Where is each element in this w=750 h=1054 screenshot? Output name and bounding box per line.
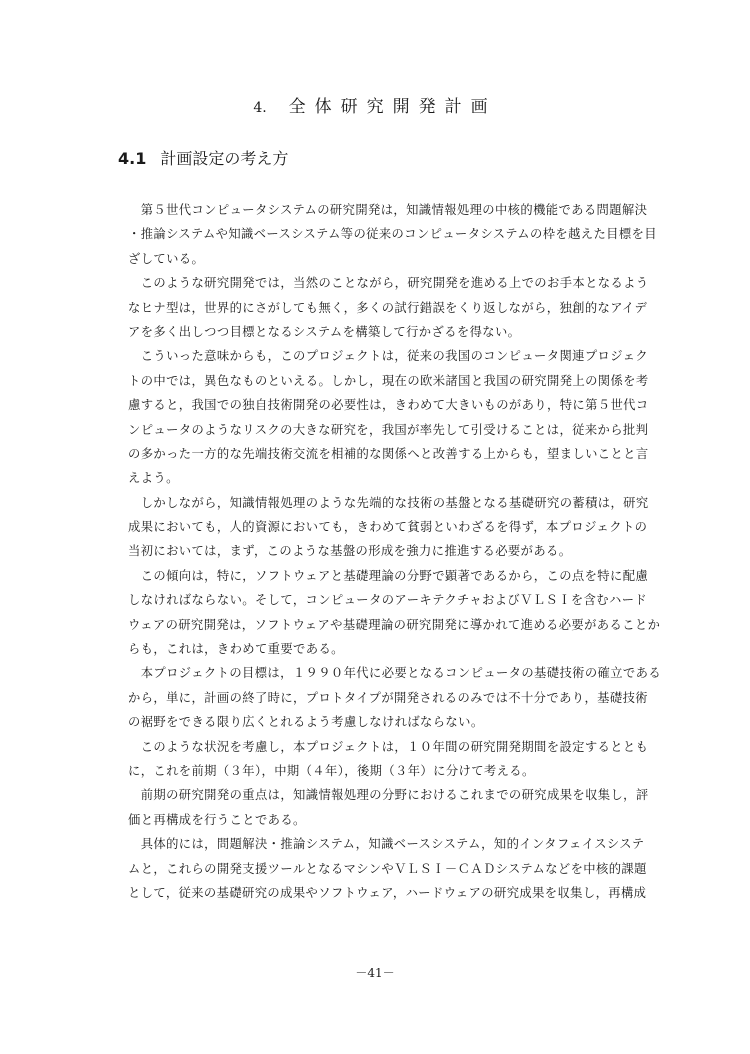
- text-line: えよう。: [128, 466, 718, 490]
- body-text: 第５世代コンピュータシステムの研究開発は，知識情報処理の中核的機能である問題解決…: [128, 198, 718, 905]
- text-line: ンピュータのようなリスクの大きな研究を，我国が率先して引受けることは，従来から批…: [128, 418, 718, 442]
- chapter-title-text: 全体研究開発計画: [289, 97, 497, 117]
- text-line: このような研究開発では，当然のことながら，研究開発を進める上でのお手本となるよう: [128, 271, 718, 295]
- text-line: しかしながら，知識情報処理のような先端的な技術の基盤となる基礎研究の蓄積は，研究: [128, 491, 718, 515]
- text-line: の裾野をできる限り広くとれるよう考慮しなければならない。: [128, 710, 718, 734]
- text-line: ・推論システムや知識ベースシステム等の従来のコンピュータシステムの枠を越えた目標…: [128, 222, 718, 246]
- text-line: 具体的には，問題解決・推論システム，知識ベースシステム，知的インタフェイスシステ: [128, 832, 718, 856]
- text-line: らも，これは，きわめて重要である。: [128, 637, 718, 661]
- document-page: 4.全体研究開発計画 4.1計画設定の考え方 第５世代コンピュータシステムの研究…: [0, 0, 750, 1054]
- text-line: しなければならない。そして，コンピュータのアーキテクチャおよびＶＬＳＩを含むハー…: [128, 588, 718, 612]
- text-line: 第５世代コンピュータシステムの研究開発は，知識情報処理の中核的機能である問題解決: [128, 198, 718, 222]
- section-title-text: 計画設定の考え方: [160, 149, 288, 168]
- text-line: アを多く出しつつ目標となるシステムを構築して行かざるを得ない。: [128, 320, 718, 344]
- text-line: こういった意味からも，このプロジェクトは，従来の我国のコンピュータ関連プロジェク: [128, 344, 718, 368]
- text-line: ウェアの研究開発は，ソフトウェアや基礎理論の研究開発に導かれて進める必要があるこ…: [128, 613, 718, 637]
- text-line: 慮すると，我国での独自技術開発の必要性は，きわめて大きいものがあり，特に第５世代…: [128, 393, 718, 417]
- chapter-title: 4.全体研究開発計画: [0, 92, 750, 117]
- text-line: から，単に，計画の終了時に，プロトタイプが開発されるのみでは不十分であり，基礎技…: [128, 686, 718, 710]
- text-line: の多かった一方的な先端技術交流を相補的な関係へと改善する上からも，望ましいことと…: [128, 442, 718, 466]
- section-title: 4.1計画設定の考え方: [118, 146, 288, 169]
- text-line: 本プロジェクトの目標は，１９９０年代に必要となるコンピュータの基礎技術の確立であ…: [128, 661, 718, 685]
- text-line: ざしている。: [128, 247, 718, 271]
- text-line: ムと，これらの開発支援ツールとなるマシンやＶＬＳＩ－ＣＡＤシステムなどを中核的課…: [128, 857, 718, 881]
- text-line: に，これを前期（３年），中期（４年），後期（３年）に分けて考える。: [128, 759, 718, 783]
- text-line: 価と再構成を行うことである。: [128, 808, 718, 832]
- text-line: として，従来の基礎研究の成果やソフトウェア，ハードウェアの研究成果を収集し，再構…: [128, 881, 718, 905]
- text-line: このような状況を考慮し，本プロジェクトは，１０年間の研究開発期間を設定するととも: [128, 735, 718, 759]
- section-number: 4.1: [118, 149, 146, 168]
- text-line: この傾向は，特に，ソフトウェアと基礎理論の分野で顕著であるから，この点を特に配慮: [128, 564, 718, 588]
- chapter-number: 4.: [253, 100, 266, 116]
- text-line: 当初においては，まず，このような基盤の形成を強力に推進する必要がある。: [128, 539, 718, 563]
- text-line: 成果においても，人的資源においても，きわめて貧弱といわざるを得ず，本プロジェクト…: [128, 515, 718, 539]
- text-line: 前期の研究開発の重点は，知識情報処理の分野におけるこれまでの研究成果を収集し，評: [128, 783, 718, 807]
- text-line: なヒナ型は，世界的にさがしても無く，多くの試行錯誤をくり返しながら，独創的なアイ…: [128, 296, 718, 320]
- page-number: －41－: [0, 964, 750, 981]
- text-line: トの中では，異色なものといえる。しかし，現在の欧米諸国と我国の研究開発上の関係を…: [128, 369, 718, 393]
